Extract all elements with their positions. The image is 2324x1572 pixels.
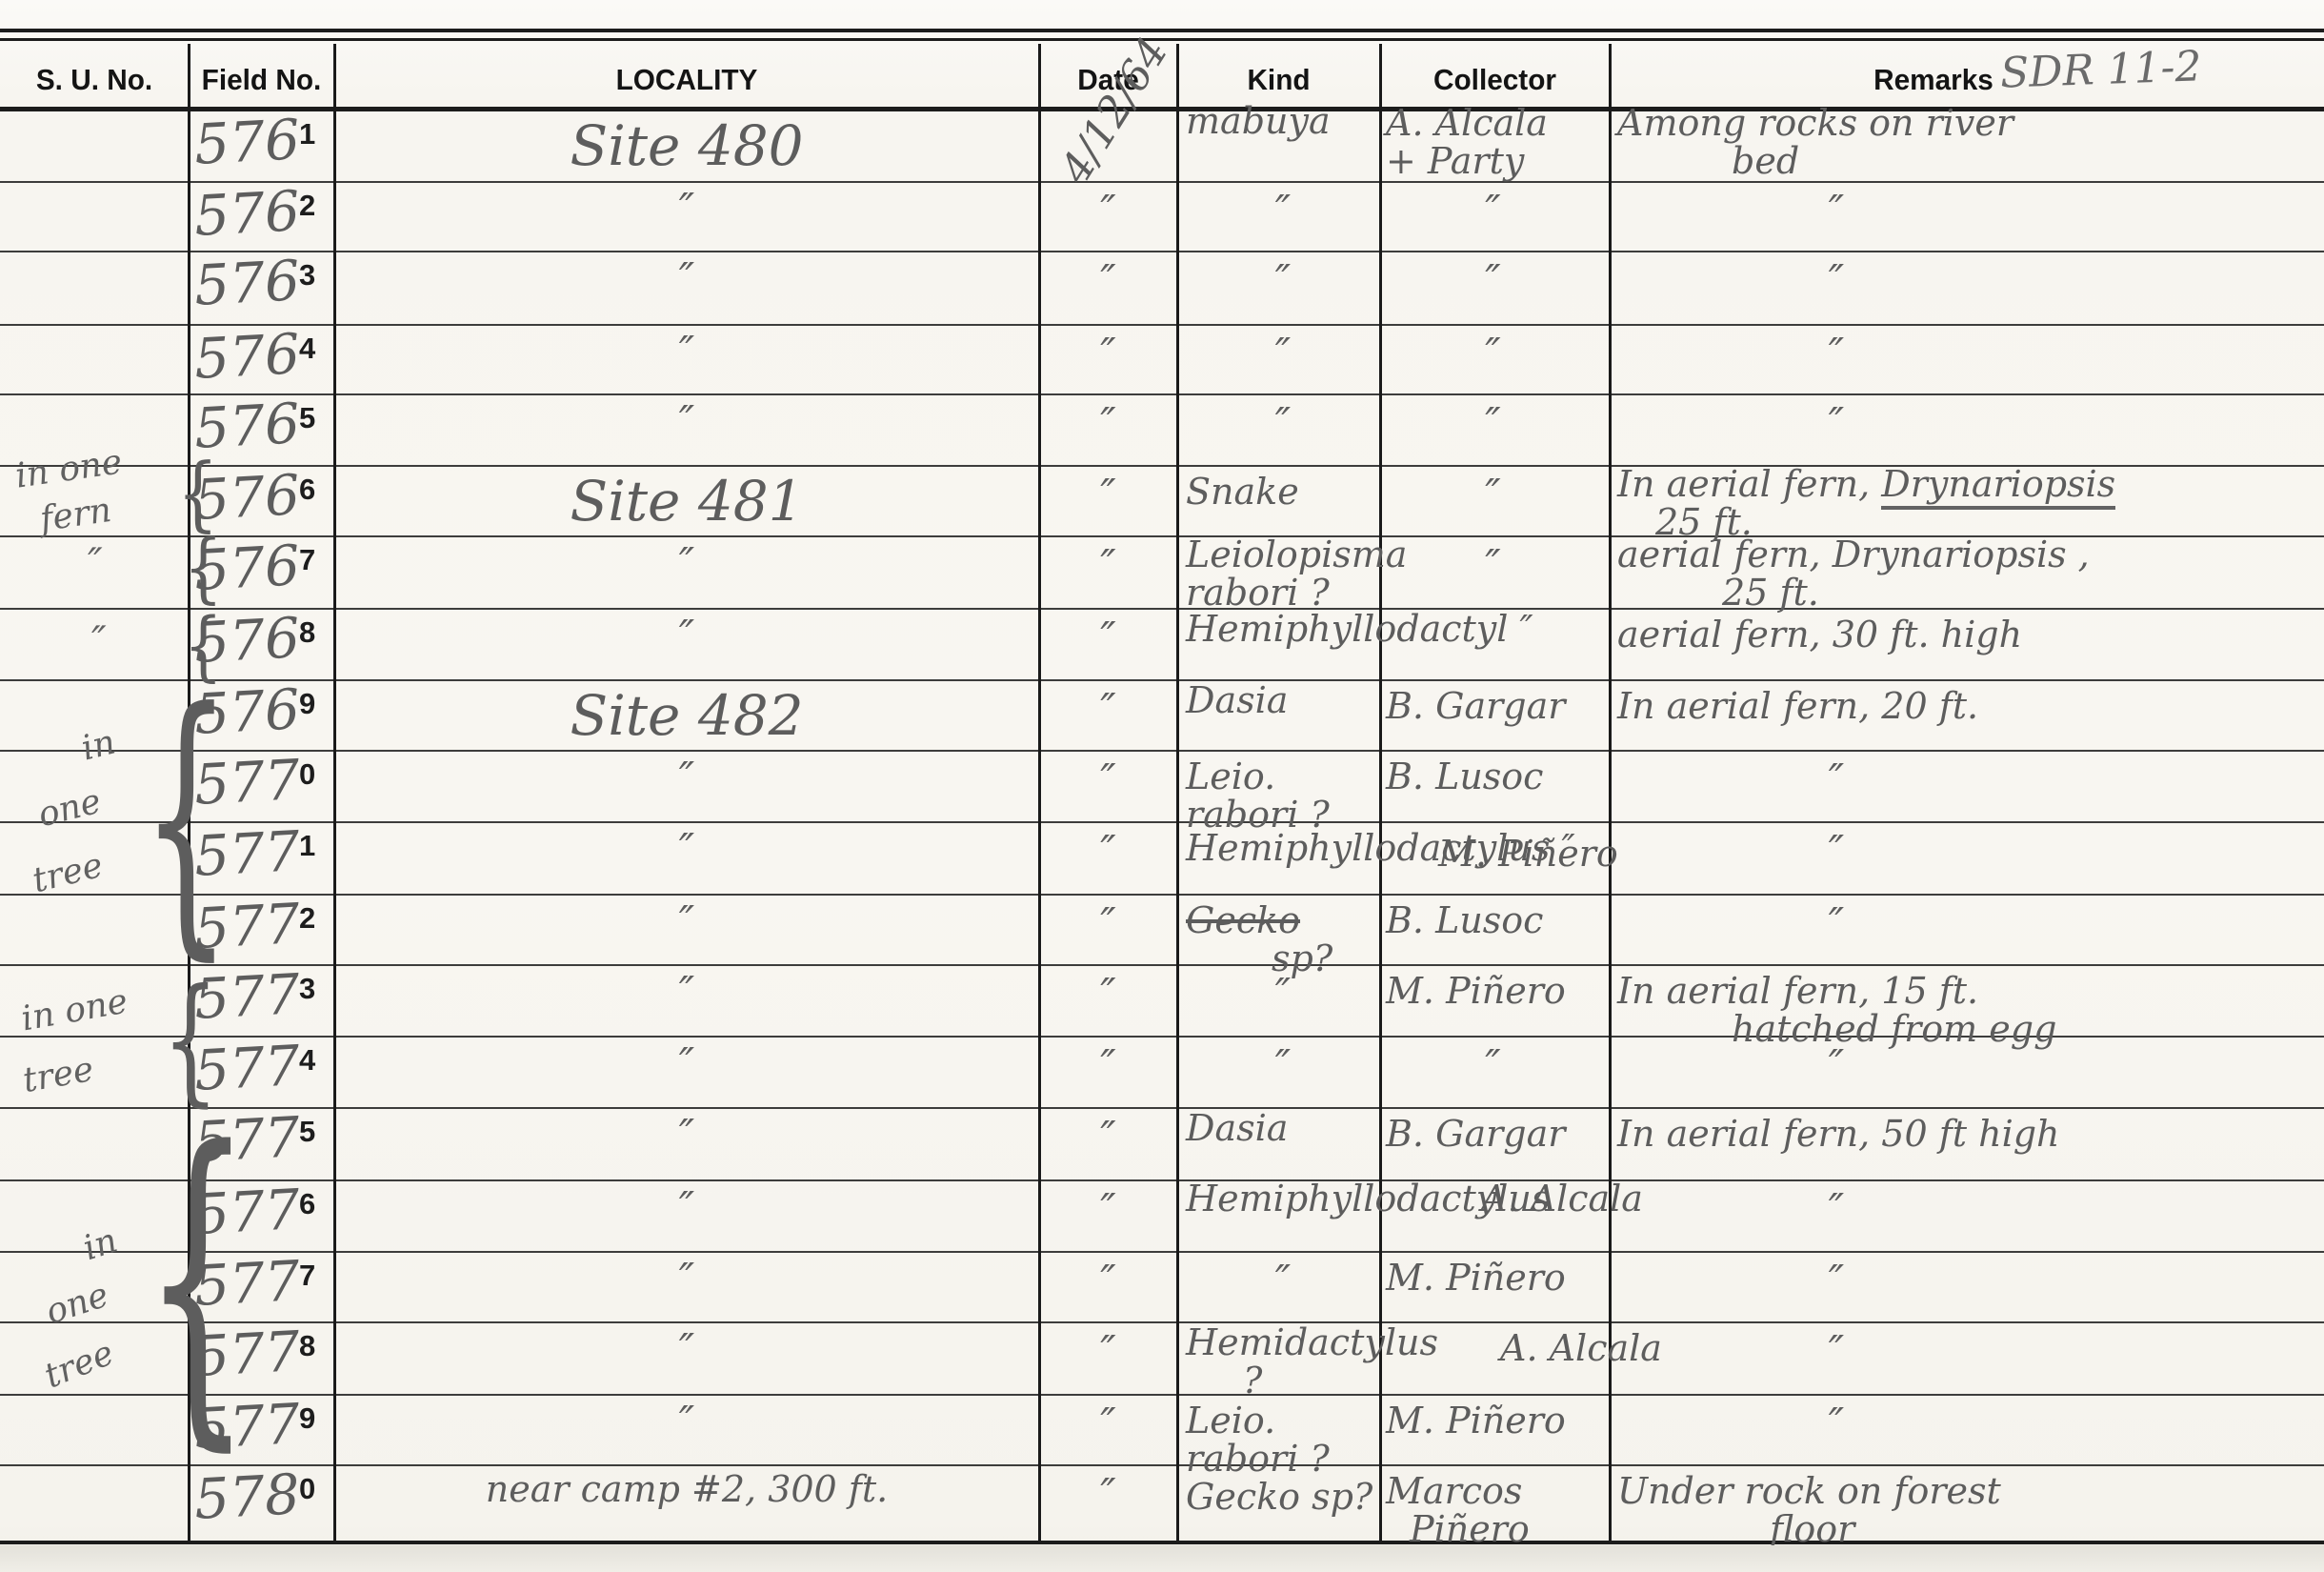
field-no-handwritten: 576 [192, 107, 301, 177]
date-cell: ″ [1039, 393, 1177, 465]
ditto-mark: ″ [1186, 1257, 1380, 1305]
date-cell: 4/12/64 [1039, 110, 1177, 181]
remarks-cell: Among rocks on riverbed [1617, 110, 2324, 181]
locality-handwritten: near camp #2, 300 ft. [334, 1468, 1039, 1510]
ditto-mark: ″ [1386, 256, 1600, 305]
handwritten-text: Piñero [1410, 1508, 1530, 1550]
ditto-mark: ″ [1617, 256, 2055, 305]
handwritten-text: ″ [1275, 256, 1291, 305]
handwritten-line: floor [1617, 1508, 2324, 1550]
ditto-mark: ″ [334, 1325, 1039, 1374]
handwritten-text: Dasia [1186, 1107, 1288, 1149]
handwritten-text: aerial fern, Drynariopsis , [1617, 534, 2090, 575]
locality-cell: Site 482 [334, 679, 1039, 750]
ditto-mark: ″ [1039, 541, 1177, 590]
field-no-printed-digit: 6 [299, 1187, 315, 1221]
locality-cell: ″ [334, 608, 1039, 679]
date-cell: ″ [1039, 1036, 1177, 1107]
handwritten-text: Gecko [1186, 899, 1300, 941]
handwritten-text: In aerial fern, 50 ft high [1617, 1113, 2060, 1155]
handwritten-line: In aerial fern, 15 ft. [1617, 970, 2324, 1012]
ditto-mark: ″ [1617, 1327, 2055, 1376]
locality-cell: ″ [334, 821, 1039, 894]
ditto-mark: ″ [334, 539, 1039, 588]
table-row: 5776″″HemiphyllodactylusA. Alcala″ [0, 1179, 2324, 1251]
ditto-mark: ″ [334, 328, 1039, 376]
date-cell: ″ [1039, 1394, 1177, 1464]
date-cell: ″ [1039, 750, 1177, 821]
remarks-cell: ″ [1617, 324, 2324, 393]
field-no-printed-digit: 6 [299, 473, 315, 507]
collector-cell: M. Piñero [1386, 964, 1610, 1036]
remarks-cell: In aerial fern, 20 ft. [1617, 679, 2324, 750]
ditto-mark: ″ [1039, 1113, 1177, 1161]
ditto-mark: ″ [1186, 187, 1380, 235]
handwritten-line: Under rock on forest [1617, 1470, 2324, 1512]
handwritten-line: Piñero [1386, 1508, 1610, 1550]
table-row: 5766Site 481″Snake″In aerial fern, Dryna… [0, 465, 2324, 535]
date-cell: ″ [1039, 964, 1177, 1036]
handwritten-text: Leio. [1186, 1400, 1275, 1441]
date-cell: ″ [1039, 1321, 1177, 1394]
collector-cell: B. Gargar [1386, 1107, 1610, 1179]
locality-cell: ″ [334, 393, 1039, 465]
locality-cell: ″ [334, 894, 1039, 964]
collector-cell: A. Alcala [1386, 1179, 1610, 1251]
horizontal-rule [0, 38, 2324, 41]
ditto-mark: ″ [1386, 330, 1600, 378]
handwritten-line: A. Alcala [1386, 102, 1610, 144]
ditto-mark: ″ [1039, 1257, 1177, 1305]
table-row: 5774″″″″″ [0, 1036, 2324, 1107]
ditto-mark: ″ [334, 185, 1039, 233]
table-row: 5770″″Leio.rabori ?B. Lusoc″ [0, 750, 2324, 821]
ditto-mark: ″ [1386, 541, 1600, 590]
handwritten-text: ″ [1829, 256, 1844, 305]
field-no-printed-digit: 1 [299, 117, 315, 151]
locality-cell: Site 481 [334, 465, 1039, 535]
handwritten-text: ″ [1485, 471, 1500, 519]
table-row: 5761Site 4804/12/64mabuyaA. Alcala+ Part… [0, 110, 2324, 181]
field-no-printed-digit: 2 [299, 189, 315, 223]
ditto-mark: ″ [334, 1039, 1039, 1088]
handwritten-text: ″ [1275, 1041, 1291, 1090]
handwritten-text: ″ [1829, 399, 1844, 448]
handwritten-text: ″ [1829, 1257, 1844, 1305]
header-su-no: S. U. No. [4, 53, 185, 107]
ditto-mark: ″ [1386, 399, 1600, 448]
ditto-mark: ″ [1186, 330, 1380, 378]
field-no-printed-digit: 8 [299, 1329, 315, 1363]
ditto-mark: ″ [1039, 899, 1177, 948]
ditto-mark: ″ [1039, 970, 1177, 1018]
date-cell: ″ [1039, 324, 1177, 393]
collector-cell: ″ [1386, 393, 1610, 465]
handwritten-line: A. Alcala [1386, 1178, 1610, 1219]
field-no-printed-digit: 7 [299, 543, 315, 577]
locality-cell: ″ [334, 324, 1039, 393]
handwritten-line: In aerial fern, 20 ft. [1617, 685, 2324, 727]
date-cell: ″ [1039, 535, 1177, 608]
handwritten-text: ″ [1485, 1041, 1500, 1090]
handwritten-line: B. Gargar [1386, 685, 1610, 727]
ditto-mark: ″ [334, 1398, 1039, 1446]
remarks-cell: ″ [1617, 181, 2324, 251]
ditto-mark: ″ [334, 754, 1039, 802]
handwritten-text: ″ [1829, 330, 1844, 378]
handwritten-text: Among rocks on river [1617, 102, 2013, 144]
locality-cell: ″ [334, 1394, 1039, 1464]
handwritten-line: Among rocks on river [1617, 102, 2324, 144]
ditto-mark: ″ [1386, 471, 1600, 519]
date-cell: ″ [1039, 1107, 1177, 1179]
ditto-mark: ″ [1617, 1400, 2055, 1448]
table-row: 5765″″″″″ [0, 393, 2324, 465]
collector-cell: ″ [1386, 251, 1610, 324]
locality-handwritten: Site 482 [334, 683, 1039, 748]
ditto-mark: ″ [1039, 471, 1177, 519]
handwritten-text: ″ [1275, 330, 1291, 378]
field-no-cell: 5762 [192, 181, 335, 251]
ditto-mark: ″ [334, 1111, 1039, 1159]
handwritten-line: B. Lusoc [1386, 899, 1610, 941]
remarks-cell: ″ [1617, 894, 2324, 964]
handwritten-text: Dasia [1186, 679, 1288, 721]
field-no-printed-digit: 1 [299, 829, 315, 863]
ditto-mark: ″ [1039, 1041, 1177, 1090]
handwritten-text: B. Lusoc [1386, 756, 1543, 797]
remarks-cell: Under rock on forestfloor [1617, 1464, 2324, 1541]
field-no-printed-digit: 8 [299, 615, 315, 650]
field-no-cell: 5761 [192, 110, 335, 181]
table-row: 5780near camp #2, 300 ft.″Gecko sp?Marco… [0, 1464, 2324, 1541]
handwritten-text: A. Alcala [1386, 102, 1548, 144]
collector-cell: ″ [1386, 324, 1610, 393]
handwritten-text: aerial fern, 30 ft. high [1617, 614, 2022, 655]
handwritten-line: B. Gargar [1386, 1113, 1610, 1155]
table-row: 5779″″Leio.rabori ?M. Piñero″ [0, 1394, 2324, 1464]
handwritten-text: mabuya [1186, 100, 1331, 142]
collector-cell [1386, 608, 1610, 679]
handwritten-text: ″ [1829, 1400, 1844, 1448]
field-no-printed-digit: 3 [299, 258, 315, 292]
remarks-cell: In aerial fern, Drynariopsis25 ft. [1617, 465, 2324, 535]
date-cell: ″ [1039, 1464, 1177, 1541]
locality-cell: ″ [334, 1107, 1039, 1179]
field-no-printed-digit: 0 [299, 1472, 315, 1506]
ditto-mark: ″ [1617, 1041, 2055, 1090]
handwritten-line: B. Lusoc [1386, 756, 1610, 797]
header-kind: Kind [1181, 53, 1375, 107]
field-no-handwritten: 576 [192, 178, 301, 249]
scanned-ledger-page: S. U. No. Field No. LOCALITY Date Kind C… [0, 0, 2324, 1572]
handwritten-line: A. Alcala [1386, 1327, 1610, 1369]
handwritten-text: ″ [1275, 1257, 1291, 1305]
header-collector: Collector [1385, 53, 1605, 107]
handwritten-line: M. Piñero [1386, 970, 1610, 1012]
handwritten-text: bed [1732, 140, 1799, 182]
handwritten-text: ″ [1829, 827, 1844, 876]
handwritten-text: Gecko sp? [1186, 1476, 1372, 1518]
ditto-mark: ″ [334, 397, 1039, 446]
date-cell: ″ [1039, 251, 1177, 324]
handwritten-text: M. Piñero [1438, 833, 1618, 875]
ditto-mark: ″ [1039, 756, 1177, 804]
collector-cell: ″ [1386, 465, 1610, 535]
handwritten-line: aerial fern, Drynariopsis , [1617, 534, 2324, 575]
remarks-cell: ″ [1617, 1036, 2324, 1107]
ditto-mark: ″ [1617, 827, 2055, 876]
ditto-mark: ″ [1186, 970, 1380, 1018]
ditto-mark: ″ [1617, 399, 2055, 448]
table-row: 5771″″Hemiphyllodactylus ″M. Piñero″ [0, 821, 2324, 894]
field-no-printed-digit: 9 [299, 687, 315, 721]
page-code-handwritten: SDR 11-2 [1999, 42, 2202, 97]
collector-cell: M. Piñero [1386, 1251, 1610, 1321]
collector-cell: ″ [1386, 181, 1610, 251]
table-row: 5773″″″M. PiñeroIn aerial fern, 15 ft.ha… [0, 964, 2324, 1036]
handwritten-text: ″ [1485, 187, 1500, 235]
handwritten-text: ″ [1829, 1041, 1844, 1090]
remarks-cell: ″ [1617, 251, 2324, 324]
date-cell: ″ [1039, 181, 1177, 251]
remarks-cell: In aerial fern, 15 ft.hatched from egg [1617, 964, 2324, 1036]
locality-cell: ″ [334, 535, 1039, 608]
handwritten-text: ″ [1275, 970, 1291, 1018]
date-cell: ″ [1039, 608, 1177, 679]
field-no-printed-digit: 9 [299, 1401, 315, 1436]
field-no-printed-digit: 5 [299, 1115, 315, 1149]
ditto-mark: ″ [1617, 756, 2055, 804]
remarks-cell: aerial fern, Drynariopsis ,25 ft. [1617, 535, 2324, 608]
locality-cell: ″ [334, 1321, 1039, 1394]
table-row: 5762″″″″″ [0, 181, 2324, 251]
field-no-cell: 5763 [192, 251, 335, 324]
ditto-mark: ″ [91, 617, 107, 664]
ditto-mark: ″ [334, 254, 1039, 303]
handwritten-text: In aerial fern, 15 ft. [1617, 970, 1978, 1012]
field-no-printed-digit: 4 [299, 332, 315, 366]
handwritten-line: M. Piñero [1386, 833, 1610, 875]
handwritten-text: In aerial fern, [1617, 463, 1881, 505]
date-cell: ″ [1039, 679, 1177, 750]
collector-cell: M. Piñero [1386, 821, 1610, 894]
collector-cell: ″ [1386, 535, 1610, 608]
handwritten-text: ″ [1485, 330, 1500, 378]
table-row: 5763″″″″″ [0, 251, 2324, 324]
locality-cell: ″ [334, 1179, 1039, 1251]
ditto-mark: ″ [1039, 399, 1177, 448]
remarks-cell: ″ [1617, 750, 2324, 821]
handwritten-text: ″ [1275, 399, 1291, 448]
collector-cell: A. Alcala [1386, 1321, 1610, 1394]
ditto-mark: ″ [1186, 1041, 1380, 1090]
collector-cell: B. Lusoc [1386, 750, 1610, 821]
table-row: 5777″″″M. Piñero″ [0, 1251, 2324, 1321]
remarks-cell: ″ [1617, 1321, 2324, 1394]
handwritten-text: ″ [1485, 541, 1500, 590]
remarks-cell: ″ [1617, 821, 2324, 894]
remarks-cell: In aerial fern, 50 ft high [1617, 1107, 2324, 1179]
ditto-mark: ″ [1039, 1327, 1177, 1376]
collector-cell: M. Piñero [1386, 1394, 1610, 1464]
handwritten-text: ″ [1829, 899, 1844, 948]
ditto-mark: ″ [1039, 827, 1177, 876]
locality-cell: ″ [334, 181, 1039, 251]
collector-cell: A. Alcala+ Party [1386, 110, 1610, 181]
field-no-cell: 5764 [192, 324, 335, 393]
remarks-cell: ″ [1617, 1394, 2324, 1464]
handwritten-text: B. Gargar [1386, 685, 1565, 727]
handwritten-line: In aerial fern, Drynariopsis [1617, 463, 2324, 505]
grouping-brace: { [143, 1074, 252, 1485]
table-row: 5775″″DasiaB. GargarIn aerial fern, 50 f… [0, 1107, 2324, 1179]
grouping-brace: { [141, 647, 231, 990]
field-no-handwritten: 576 [192, 321, 301, 392]
field-no-printed-digit: 5 [299, 401, 315, 435]
handwritten-text: floor [1770, 1508, 1854, 1550]
remarks-cell: ″ [1617, 1179, 2324, 1251]
ditto-mark: ″ [1186, 256, 1380, 305]
collector-cell: B. Gargar [1386, 679, 1610, 750]
ditto-mark: ″ [1039, 614, 1177, 662]
handwritten-text: ″ [1829, 187, 1844, 235]
handwritten-text: ″ [1485, 399, 1500, 448]
field-no-printed-digit: 4 [299, 1043, 315, 1078]
table-row: 5767″″Leiolopismarabori ?″aerial fern, D… [0, 535, 2324, 608]
date-cell: ″ [1039, 821, 1177, 894]
handwritten-text: B. Gargar [1386, 1113, 1565, 1155]
ditto-mark: ″ [1617, 899, 2055, 948]
locality-cell: Site 480 [334, 110, 1039, 181]
field-no-printed-digit: 0 [299, 757, 315, 792]
ditto-mark: ″ [1039, 1400, 1177, 1448]
remarks-cell: ″ [1617, 1251, 2324, 1321]
remarks-cell: aerial fern, 30 ft. high [1617, 608, 2324, 679]
locality-handwritten: Site 481 [334, 469, 1039, 534]
header-field-no: Field No. [191, 53, 331, 107]
handwritten-line: + Party [1386, 140, 1610, 182]
field-no-handwritten: 576 [192, 248, 301, 318]
handwritten-text: Leio. [1186, 756, 1275, 797]
handwritten-line: M. Piñero [1386, 1400, 1610, 1441]
ditto-mark: ″ [1386, 187, 1600, 235]
ditto-mark: ″ [1039, 685, 1177, 734]
handwritten-text: In aerial fern, 20 ft. [1617, 685, 1978, 727]
table-row: 5764″″″″″ [0, 324, 2324, 393]
ditto-mark: ″ [1617, 1257, 2055, 1305]
handwritten-text: Snake [1186, 471, 1299, 513]
header-locality: LOCALITY [349, 53, 1025, 107]
locality-handwritten: Site 480 [334, 113, 1039, 178]
handwritten-text: ″ [1829, 756, 1844, 804]
field-no-printed-digit: 3 [299, 972, 315, 1006]
ditto-mark: ″ [1039, 1470, 1177, 1519]
collector-cell: ″ [1386, 1036, 1610, 1107]
ditto-mark: ″ [1039, 1185, 1177, 1234]
field-no-printed-digit: 2 [299, 901, 315, 936]
date-cell: ″ [1039, 1179, 1177, 1251]
table-row: 5769Site 482″DasiaB. GargarIn aerial fer… [0, 679, 2324, 750]
locality-cell: ″ [334, 750, 1039, 821]
handwritten-text: ″ [1829, 1185, 1844, 1234]
ditto-mark: ″ [88, 539, 103, 586]
ditto-mark: ″ [1039, 330, 1177, 378]
collector-cell: MarcosPiñero [1386, 1464, 1610, 1541]
ditto-mark: ″ [1617, 187, 2055, 235]
handwritten-text: B. Lusoc [1386, 899, 1543, 941]
table-row: 5772″″Geckosp?B. Lusoc″ [0, 894, 2324, 964]
handwritten-text: M. Piñero [1386, 1257, 1566, 1299]
handwritten-line: Marcos [1386, 1470, 1610, 1512]
handwritten-text: Marcos [1386, 1470, 1522, 1512]
field-no-printed-digit: 7 [299, 1259, 315, 1293]
handwritten-line: M. Piñero [1386, 1257, 1610, 1299]
ditto-mark: ″ [334, 968, 1039, 1017]
handwritten-line: bed [1617, 140, 2324, 182]
handwritten-text: ″ [1275, 187, 1291, 235]
date-cell: ″ [1039, 1251, 1177, 1321]
ditto-mark: ″ [1386, 1041, 1600, 1090]
ditto-mark: ″ [334, 825, 1039, 874]
locality-cell: ″ [334, 1036, 1039, 1107]
handwritten-text: Leiolopisma [1186, 534, 1407, 575]
handwritten-text: M. Piñero [1386, 1400, 1566, 1441]
handwritten-text: M. Piñero [1386, 970, 1566, 1012]
horizontal-rule [0, 29, 2324, 32]
ditto-mark: ″ [334, 897, 1039, 946]
remarks-cell: ″ [1617, 393, 2324, 465]
ditto-mark: ″ [1039, 256, 1177, 305]
ditto-mark: ″ [334, 1183, 1039, 1232]
date-cell: ″ [1039, 465, 1177, 535]
paper-bottom-edge [0, 1545, 2324, 1572]
ditto-mark: ″ [1039, 187, 1177, 235]
handwritten-line: aerial fern, 30 ft. high [1617, 614, 2324, 655]
handwritten-text: ″ [1485, 256, 1500, 305]
handwritten-line: In aerial fern, 50 ft high [1617, 1113, 2324, 1155]
date-cell: ″ [1039, 894, 1177, 964]
ditto-mark: ″ [1617, 1185, 2055, 1234]
table-row: 5768″″Hemiphyllodactyl ″aerial fern, 30 … [0, 608, 2324, 679]
collector-cell: B. Lusoc [1386, 894, 1610, 964]
locality-cell: near camp #2, 300 ft. [334, 1464, 1039, 1541]
locality-cell: ″ [334, 1251, 1039, 1321]
handwritten-text: ″ [1829, 1327, 1844, 1376]
handwritten-text: Under rock on forest [1617, 1470, 2001, 1512]
locality-cell: ″ [334, 251, 1039, 324]
locality-cell: ″ [334, 964, 1039, 1036]
ditto-mark: ″ [1617, 330, 2055, 378]
handwritten-text: + Party [1386, 140, 1524, 182]
ditto-mark: ″ [334, 1255, 1039, 1303]
ditto-mark: ″ [1186, 399, 1380, 448]
ditto-mark: ″ [334, 612, 1039, 660]
table-row: 5778″″Hemidactylus?A. Alcala″ [0, 1321, 2324, 1394]
